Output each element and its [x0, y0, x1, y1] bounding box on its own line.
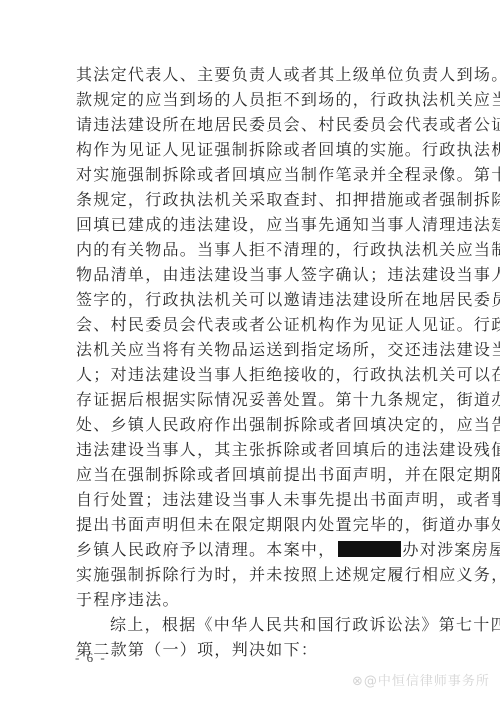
text-line: 物品清单，由违法建设当事人签字确认；违法建设当事人不 [76, 262, 426, 287]
text-line: 签字的，行政执法机关可以邀请违法建设所在地居民委员 [76, 287, 426, 312]
text-line: 会、村民委员会代表或者公证机构作为见证人见证。行政执 [76, 312, 426, 337]
text-line: 回填已建成的违法建设，应当事先通知当事人清理违法建设 [76, 212, 426, 237]
text-after-redaction: 办对涉案房屋 [403, 540, 500, 559]
text-line: 提出书面声明但未在限定期限内处置完毕的，街道办事处、 [76, 512, 426, 537]
text-line: 条规定，行政执法机关采取查封、扣押措施或者强制拆除、 [76, 187, 426, 212]
text-line: 存证据后根据实际情况妥善处置。第十九条规定，街道办事 [76, 387, 426, 412]
text-line: 对实施强制拆除或者回填应当制作笔录并全程录像。第十八 [76, 162, 426, 187]
text-line: 款规定的应当到场的人员拒不到场的，行政执法机关应当邀 [76, 87, 426, 112]
text-line: 自行处置；违法建设当事人未事先提出书面声明，或者事先 [76, 487, 426, 512]
watermark: ⊗@中恒信律师事务所 [352, 670, 490, 689]
text-line-redacted: 乡镇人民政府予以清理。本案中，办对涉案房屋 [76, 537, 426, 562]
document-page: 其法定代表人、主要负责人或者其上级单位负责人到场。前 款规定的应当到场的人员拒不… [0, 0, 500, 707]
text-line: 法机关应当将有关物品运送到指定场所，交还违法建设当事 [76, 337, 426, 362]
page-number: - 6 - [75, 650, 107, 666]
text-line: 其法定代表人、主要负责人或者其上级单位负责人到场。前 [76, 62, 426, 87]
conclusion-line: 综上，根据《中华人民共和国行政诉讼法》第七十四条 [76, 612, 426, 637]
body-text: 其法定代表人、主要负责人或者其上级单位负责人到场。前 款规定的应当到场的人员拒不… [76, 62, 426, 662]
text-line: 请违法建设所在地居民委员会、村民委员会代表或者公证机 [76, 112, 426, 137]
text-line: 构作为见证人见证强制拆除或者回填的实施。行政执法机关 [76, 137, 426, 162]
text-line: 违法建设当事人，其主张拆除或者回填后的违法建设残值， [76, 437, 426, 462]
text-before-redaction: 乡镇人民政府予以清理。本案中， [76, 540, 336, 559]
text-line: 人；对违法建设当事人拒绝接收的，行政执法机关可以在留 [76, 362, 426, 387]
text-line: 内的有关物品。当事人拒不清理的，行政执法机关应当制作 [76, 237, 426, 262]
text-line: 实施强制拆除行为时，并未按照上述规定履行相应义务，属 [76, 562, 426, 587]
text-line: 应当在强制拆除或者回填前提出书面声明，并在限定期限内 [76, 462, 426, 487]
redaction-box [338, 541, 401, 557]
text-line: 处、乡镇人民政府作出强制拆除或者回填决定的，应当告知 [76, 412, 426, 437]
text-line: 于程序违法。 [76, 587, 426, 612]
conclusion-line: 第二款第（一）项，判决如下： [76, 637, 426, 662]
